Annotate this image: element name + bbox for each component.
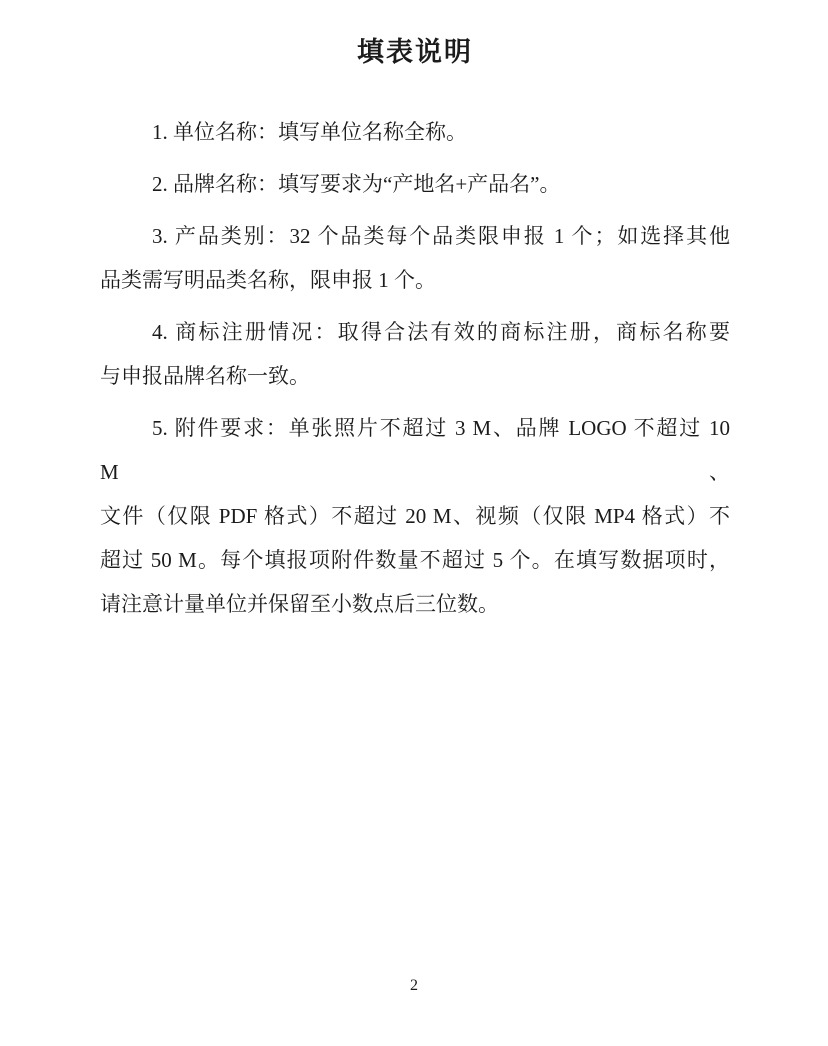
paragraph-line: 品类需写明品类名称，限申报 1 个。 xyxy=(100,258,730,302)
paragraph-line: 1. 单位名称：填写单位名称全称。 xyxy=(100,110,730,154)
paragraph-line: 3. 产品类别：32 个品类每个品类限申报 1 个；如选择其他 xyxy=(100,214,730,258)
paragraph-line: 与申报品牌名称一致。 xyxy=(100,354,730,398)
paragraph-line: 2. 品牌名称：填写要求为“产地名+产品名”。 xyxy=(100,162,730,206)
paragraph-line: 4. 商标注册情况：取得合法有效的商标注册，商标名称要 xyxy=(100,310,730,354)
page-title: 填表说明 xyxy=(100,36,730,68)
instruction-item-4: 4. 商标注册情况：取得合法有效的商标注册，商标名称要 与申报品牌名称一致。 xyxy=(100,310,730,398)
instruction-item-2: 2. 品牌名称：填写要求为“产地名+产品名”。 xyxy=(100,162,730,206)
instructions-list: 1. 单位名称：填写单位名称全称。 2. 品牌名称：填写要求为“产地名+产品名”… xyxy=(100,110,730,626)
paragraph-line: 5. 附件要求：单张照片不超过 3 M、品牌 LOGO 不超过 10 M、 xyxy=(100,406,730,494)
page-content: 填表说明 1. 单位名称：填写单位名称全称。 2. 品牌名称：填写要求为“产地名… xyxy=(100,0,730,634)
instruction-item-5: 5. 附件要求：单张照片不超过 3 M、品牌 LOGO 不超过 10 M、 文件… xyxy=(100,406,730,626)
document-page: 填表说明 1. 单位名称：填写单位名称全称。 2. 品牌名称：填写要求为“产地名… xyxy=(0,0,828,1046)
instruction-item-1: 1. 单位名称：填写单位名称全称。 xyxy=(100,110,730,154)
paragraph-line: 文件（仅限 PDF 格式）不超过 20 M、视频（仅限 MP4 格式）不 xyxy=(100,494,730,538)
page-number: 2 xyxy=(0,974,828,998)
paragraph-line: 请注意计量单位并保留至小数点后三位数。 xyxy=(100,582,730,626)
paragraph-line: 超过 50 M。每个填报项附件数量不超过 5 个。在填写数据项时， xyxy=(100,538,730,582)
instruction-item-3: 3. 产品类别：32 个品类每个品类限申报 1 个；如选择其他 品类需写明品类名… xyxy=(100,214,730,302)
